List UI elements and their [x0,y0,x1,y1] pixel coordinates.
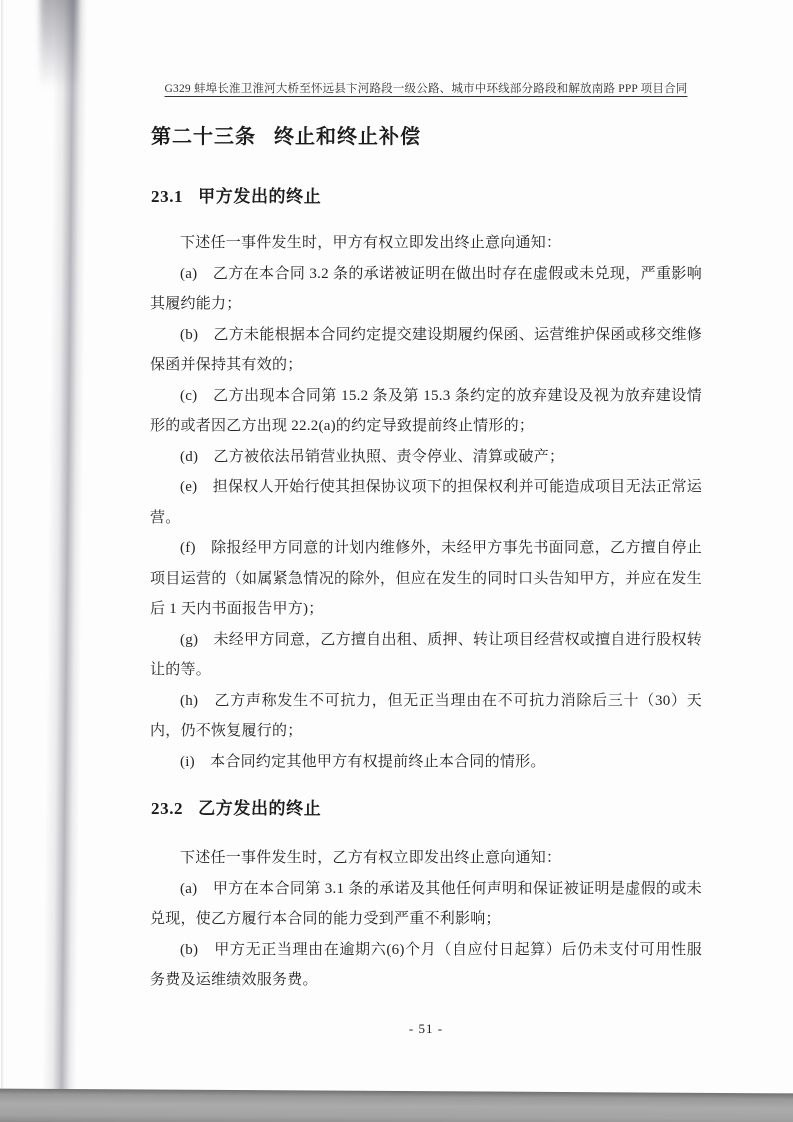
page-number: - 51 - [150,1021,702,1037]
chapter-heading: 第二十三条终止和终止补偿 [151,120,421,149]
contract-paragraph: 下述任一事件发生时，乙方有权立即发出终止意向通知： [150,843,702,874]
scan-left-edge-line [1,0,4,1122]
chapter-number: 第二十三条 [151,126,256,148]
contract-clause-b: (b) 甲方无正当理由在逾期六(6)个月（自应付日起算）后仍未支付可用性服务费及… [150,935,702,996]
contract-clause-e: (e) 担保权人开始行使其担保协议项下的担保权利并可能造成项目无法正常运营。 [150,472,702,533]
section-number: 23.2 [151,799,183,818]
section-number: 23.1 [151,187,183,206]
section-title-text: 乙方发出的终止 [198,799,321,818]
section-23-1-body: 下述任一事件发生时，甲方有权立即发出终止意向通知： (a) 乙方在本合同 3.2… [150,228,702,777]
contract-clause-c: (c) 乙方出现本合同第 15.2 条及第 15.3 条约定的放弃建设及视为放弃… [150,381,702,442]
scan-fold-shadow [42,0,88,1104]
contract-clause-a: (a) 乙方在本合同 3.2 条的承诺被证明在做出时存在虚假或未兑现，严重影响其… [150,259,702,320]
section-heading-23-2: 23.2乙方发出的终止 [151,794,321,819]
contract-clause-b: (b) 乙方未能根据本合同约定提交建设期履约保函、运营维护保函或移交维修保函并保… [150,320,702,381]
section-heading-23-1: 23.1甲方发出的终止 [151,182,321,207]
running-head: G329 蚌埠长淮卫淮河大桥至怀远县卞河路段一级公路、城市中环线部分路段和解放南… [147,80,705,96]
contract-clause-h: (h) 乙方声称发生不可抗力，但无正当理由在不可抗力消除后三十（30）天内，仍不… [150,686,702,747]
contract-clause-f: (f) 除报经甲方同意的计划内维修外，未经甲方事先书面同意，乙方擅自停止项目运营… [150,533,702,625]
contract-page: G329 蚌埠长淮卫淮河大桥至怀远县卞河路段一级公路、城市中环线部分路段和解放南… [150,0,702,1122]
contract-paragraph: 下述任一事件发生时，甲方有权立即发出终止意向通知： [150,228,702,259]
contract-clause-a: (a) 甲方在本合同第 3.1 条的承诺及其他任何声明和保证被证明是虚假的或未兑… [150,874,702,935]
chapter-title-text: 终止和终止补偿 [274,126,421,148]
section-23-2-body: 下述任一事件发生时，乙方有权立即发出终止意向通知： (a) 甲方在本合同第 3.… [150,843,702,996]
contract-clause-i: (i) 本合同约定其他甲方有权提前终止本合同的情形。 [150,747,702,778]
section-title-text: 甲方发出的终止 [198,187,321,206]
contract-clause-d: (d) 乙方被依法吊销营业执照、责令停业、清算或破产； [150,442,702,473]
contract-clause-g: (g) 未经甲方同意，乙方擅自出租、质押、转让项目经营权或擅自进行股权转让的等。 [150,625,702,686]
scan-fold-shadow-top [40,0,78,89]
